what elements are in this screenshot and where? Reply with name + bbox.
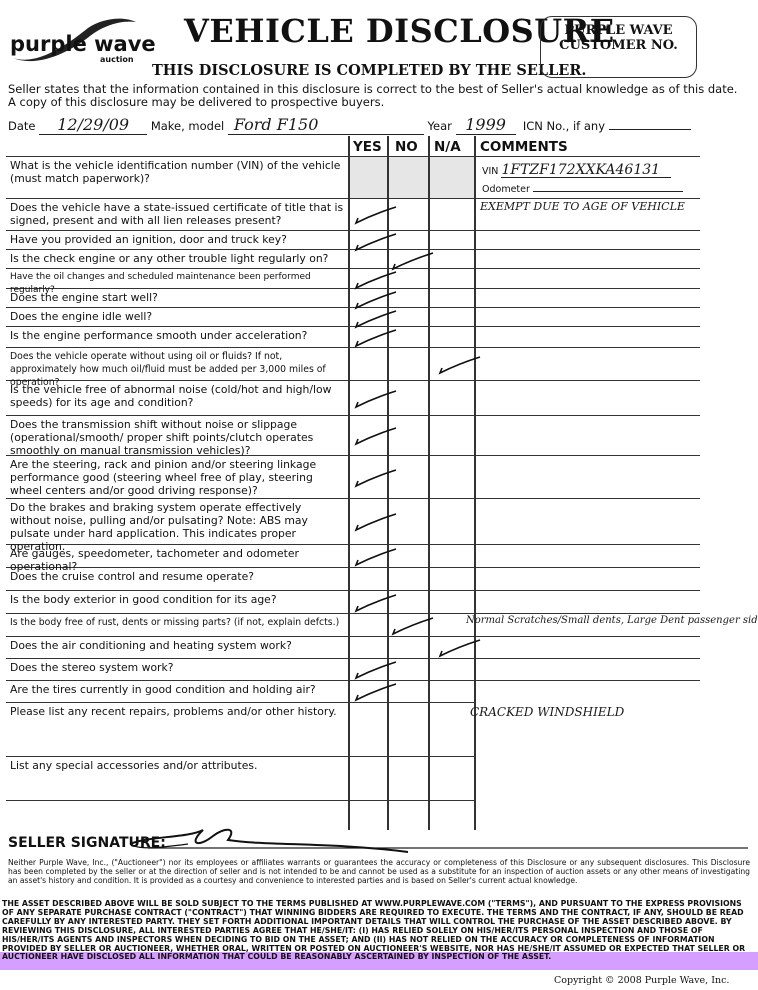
row-divider — [6, 658, 700, 659]
date-label: Date — [8, 119, 36, 133]
question-row-17: Is the body free of rust, dents or missi… — [10, 616, 344, 629]
checkmark-icon[interactable] — [354, 511, 398, 533]
checkmark-icon[interactable] — [354, 546, 398, 568]
row-divider — [6, 702, 474, 703]
intro-text: Seller states that the information conta… — [8, 83, 737, 109]
intro-line-2: A copy of this disclosure may be deliver… — [8, 96, 737, 109]
column-divider — [474, 136, 476, 830]
row-divider — [6, 230, 700, 231]
question-row-4: Is the check engine or any other trouble… — [10, 252, 344, 265]
row-divider — [6, 756, 474, 757]
row-divider — [6, 307, 700, 308]
column-divider — [348, 136, 350, 830]
date-field[interactable]: 12/29/09 — [39, 115, 147, 135]
comment-row-17[interactable]: Normal Scratches/Small dents, Large Dent… — [466, 615, 758, 626]
comment-row-21[interactable]: CRACKED WINDSHIELD — [470, 705, 624, 719]
disclaimer-text: Neither Purple Wave, Inc., ("Auctioneer"… — [8, 858, 750, 886]
column-header-na: N/A — [434, 139, 461, 155]
checkmark-icon[interactable] — [438, 354, 482, 376]
logo-text: purple wave — [10, 32, 156, 56]
column-header-no: NO — [395, 139, 418, 155]
question-row-2: Does the vehicle have a state-issued cer… — [10, 201, 344, 227]
row-divider — [6, 680, 700, 681]
comment-row-2[interactable]: EXEMPT DUE TO AGE OF VEHICLE — [480, 200, 685, 213]
vin-field[interactable]: VIN 1FTZF172XXKA46131 — [482, 164, 671, 178]
question-row-18: Does the air conditioning and heating sy… — [10, 639, 344, 652]
icn-field[interactable] — [609, 129, 691, 130]
question-row-20: Are the tires currently in good conditio… — [10, 683, 344, 696]
row-divider — [6, 249, 700, 250]
make-model-field[interactable]: Ford F150 — [228, 115, 424, 135]
checkmark-icon[interactable] — [391, 615, 435, 637]
vin-value[interactable]: 1FTZF172XXKA46131 — [501, 164, 671, 178]
question-row-19: Does the stereo system work? — [10, 661, 344, 674]
header-divider — [6, 156, 474, 157]
question-row-16: Is the body exterior in good condition f… — [10, 593, 344, 606]
column-header-yes: YES — [353, 139, 382, 155]
odometer-value[interactable] — [533, 191, 683, 192]
checkmark-icon[interactable] — [354, 681, 398, 703]
checkmark-icon[interactable] — [438, 637, 482, 659]
question-row-11: Does the transmission shift without nois… — [10, 418, 344, 457]
column-divider — [428, 136, 430, 830]
year-field[interactable]: 1999 — [456, 115, 516, 135]
question-row-22: List any special accessories and/or attr… — [10, 759, 344, 772]
question-row-6: Does the engine start well? — [10, 291, 344, 304]
checkmark-icon[interactable] — [354, 327, 398, 349]
row-divider — [6, 498, 700, 499]
column-header-comments: COMMENTS — [480, 139, 568, 155]
checkmark-icon[interactable] — [354, 659, 398, 681]
terms-text: THE ASSET DESCRIBED ABOVE WILL BE SOLD S… — [2, 900, 754, 962]
question-row-8: Is the engine performance smooth under a… — [10, 329, 344, 342]
checkmark-icon[interactable] — [354, 592, 398, 614]
question-row-21: Please list any recent repairs, problems… — [10, 705, 344, 718]
vin-shaded-cells — [348, 156, 474, 198]
question-row-3: Have you provided an ignition, door and … — [10, 233, 344, 246]
odometer-field[interactable]: Odometer — [482, 183, 683, 196]
logo-subtext: auction — [100, 55, 134, 64]
checkmark-icon[interactable] — [354, 204, 398, 226]
question-row-7: Does the engine idle well? — [10, 310, 344, 323]
row-divider — [6, 636, 700, 637]
row-divider — [6, 326, 700, 327]
row-divider — [6, 613, 700, 614]
checkmark-icon[interactable] — [354, 467, 398, 489]
row-divider — [6, 415, 700, 416]
row-divider — [6, 198, 700, 199]
vehicle-fields-row: Date 12/29/09 Make, model Ford F150 Year… — [8, 115, 691, 135]
customer-box-line2: CUSTOMER NO. — [541, 38, 696, 53]
customer-number-box[interactable]: PURPLE WAVE CUSTOMER NO. — [540, 16, 697, 78]
checkmark-icon[interactable] — [354, 425, 398, 447]
row-divider — [6, 268, 700, 269]
question-row-15: Does the cruise control and resume opera… — [10, 570, 344, 583]
question-row-13: Do the brakes and braking system operate… — [10, 501, 344, 553]
page-subtitle: THIS DISCLOSURE IS COMPLETED BY THE SELL… — [152, 62, 586, 79]
seller-signature-field[interactable] — [128, 822, 748, 858]
question-row-12: Are the steering, rack and pinion and/or… — [10, 458, 344, 497]
question-row-10: Is the vehicle free of abnormal noise (c… — [10, 383, 344, 409]
vin-label: VIN — [482, 166, 498, 177]
row-divider — [6, 590, 700, 591]
make-model-label: Make, model — [151, 119, 224, 133]
odometer-label: Odometer — [482, 184, 530, 195]
checkmark-icon[interactable] — [354, 269, 398, 291]
copyright-text: Copyright © 2008 Purple Wave, Inc. — [554, 975, 729, 986]
row-divider — [6, 800, 474, 801]
purple-wave-logo: purple wave auction — [8, 14, 138, 64]
icn-label: ICN No., if any — [523, 119, 605, 133]
year-label: Year — [428, 119, 452, 133]
checkmark-icon[interactable] — [354, 388, 398, 410]
row-divider — [6, 347, 700, 348]
customer-box-line1: PURPLE WAVE — [541, 23, 696, 38]
question-row-1: What is the vehicle identification numbe… — [10, 159, 344, 185]
